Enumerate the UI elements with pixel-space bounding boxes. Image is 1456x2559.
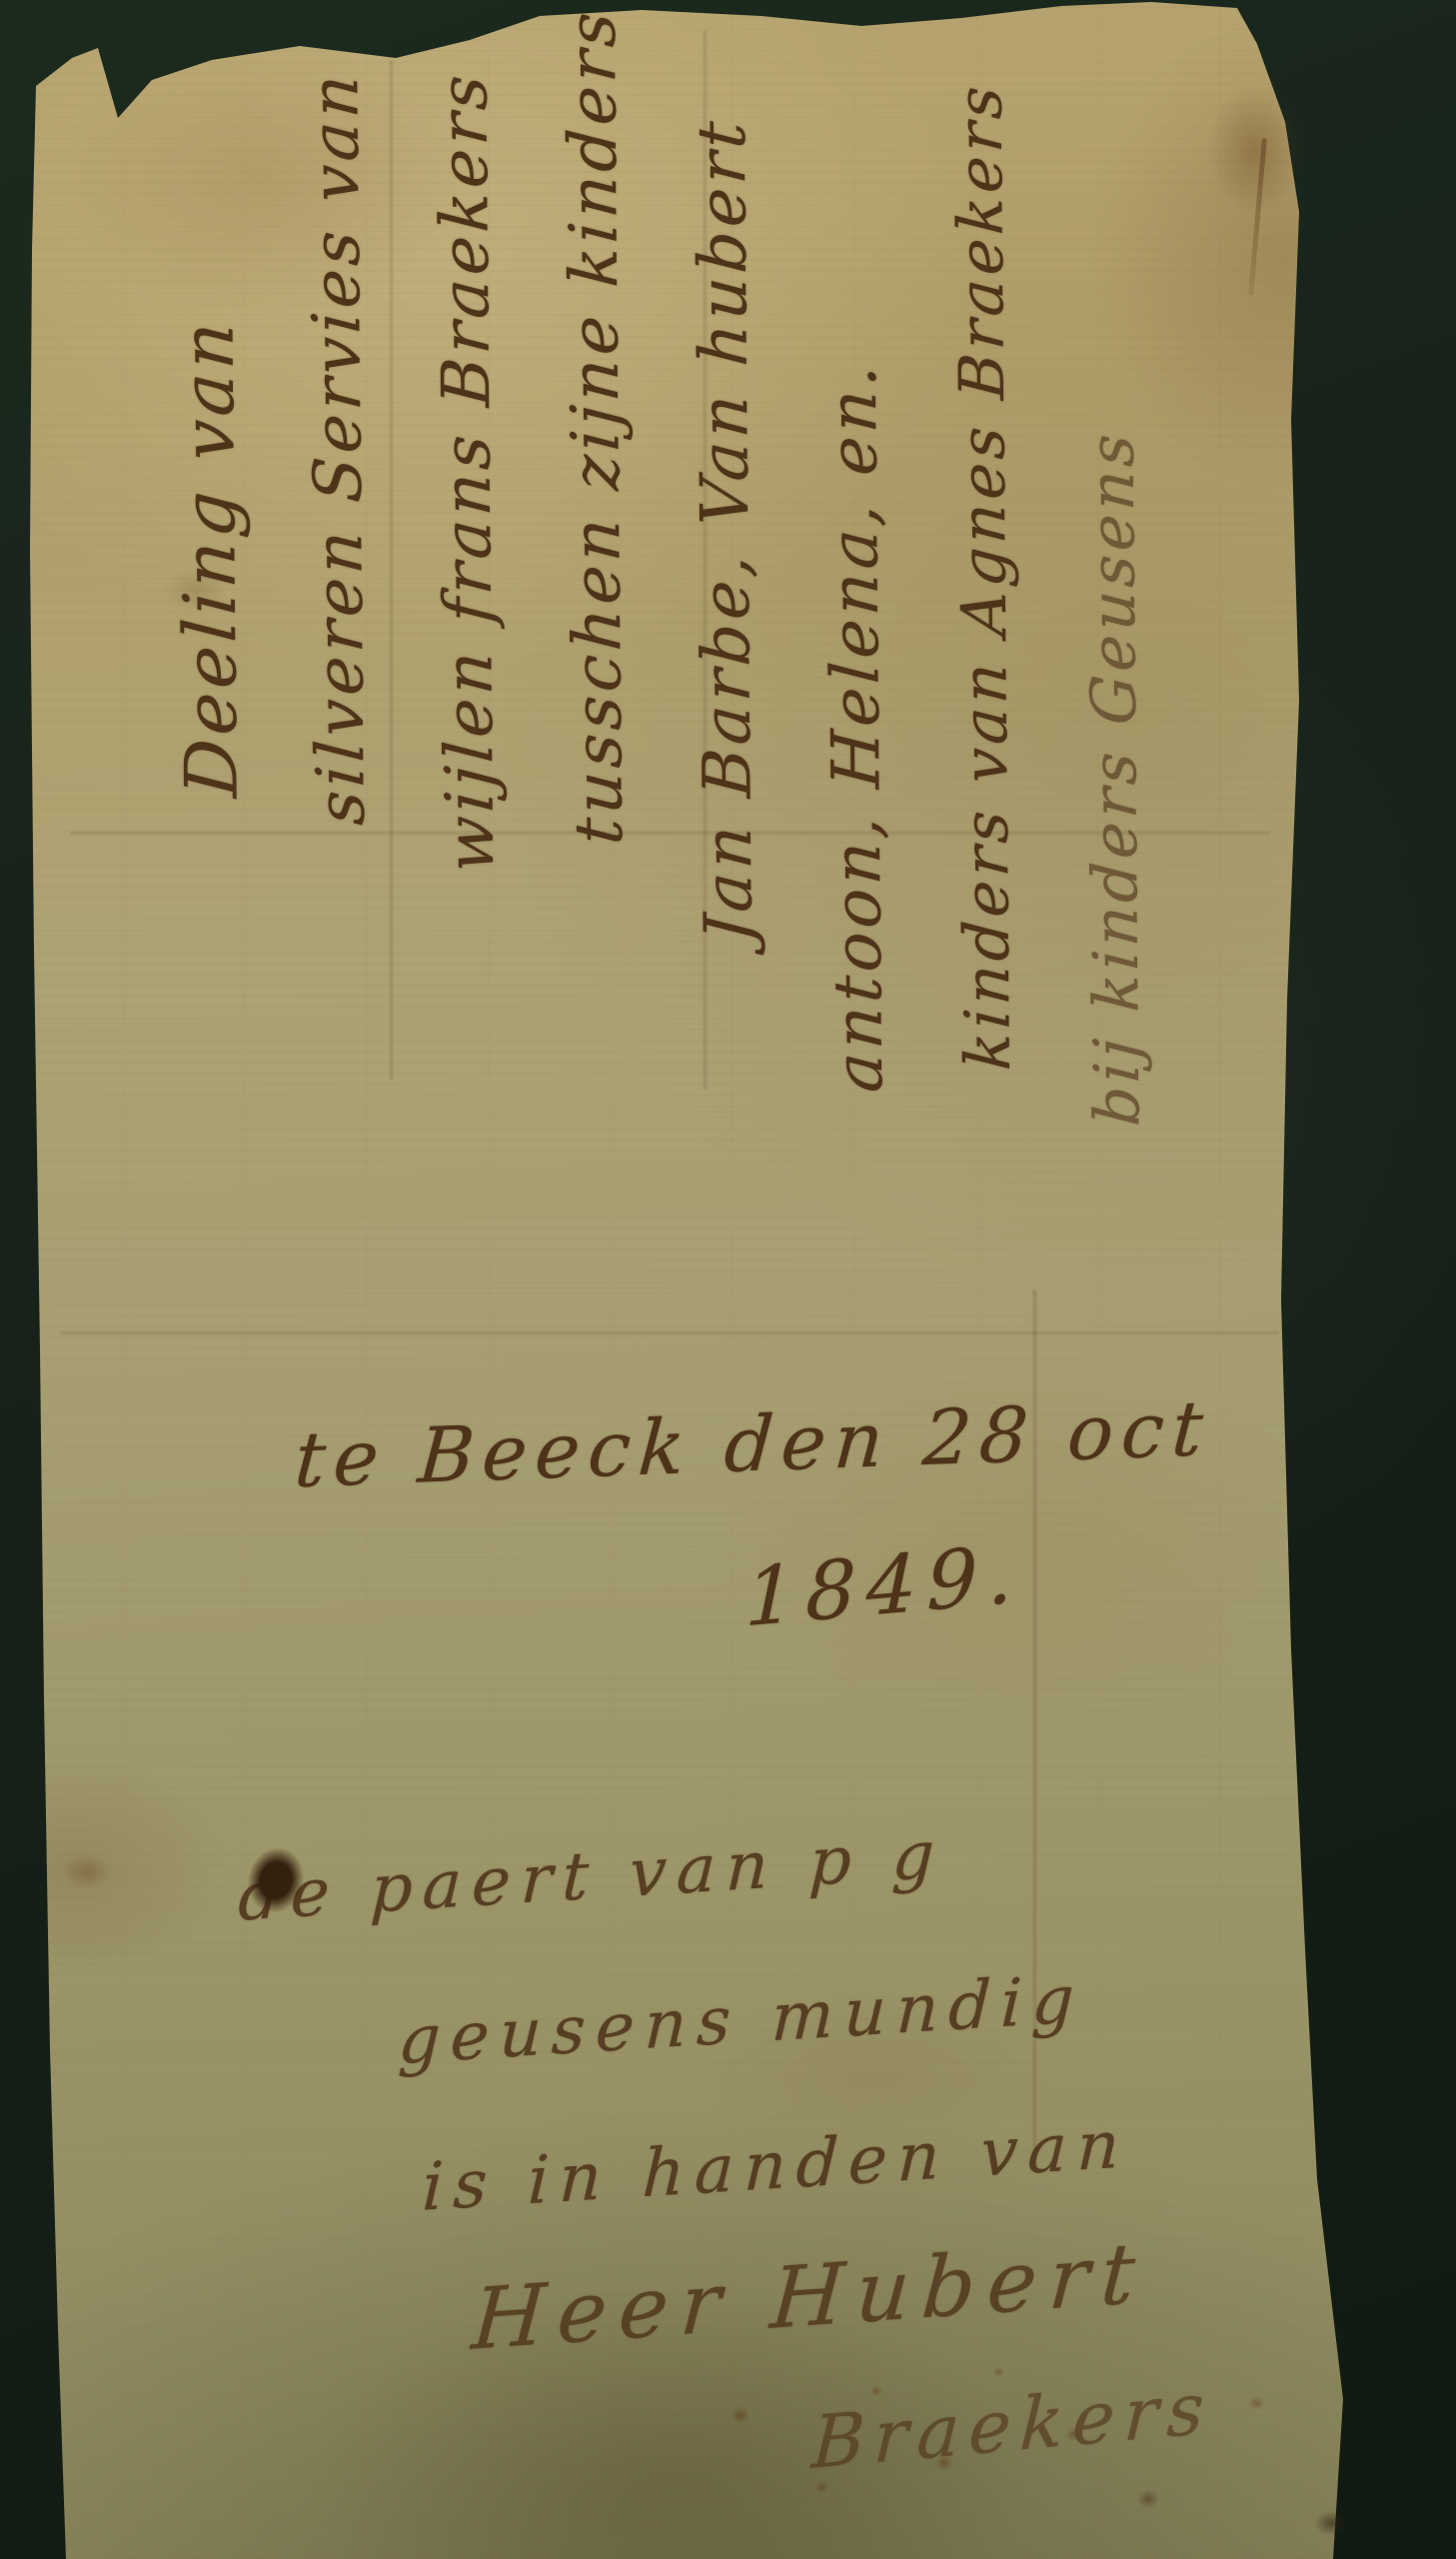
manuscript-line: Jan Barbe, Van hubert (657, 47, 793, 947)
ink-stain (52, 1847, 122, 1897)
manuscript-line: kinders van Agnes Braekers (914, 62, 1052, 1074)
manuscript-line: bij kinders Geusens (1043, 70, 1181, 1130)
foxing-spots (700, 2319, 1379, 2559)
manuscript-line: silveren Servies van (270, 23, 406, 829)
rotated-header-block: Deeling van silveren Servies van wijlen … (150, 15, 1189, 1075)
manuscript-line: antoon, Helena, en. (785, 55, 923, 1097)
manuscript-line: tusschen zijne kinders (528, 39, 664, 849)
fold-crease (60, 1329, 1279, 1336)
edge-stain (1189, 60, 1319, 240)
manuscript-line: Deeling van (141, 15, 277, 801)
manuscript-line: wijlen frans Braekers (399, 31, 535, 877)
photo-backdrop: Deeling van silveren Servies van wijlen … (0, 0, 1456, 2559)
ink-stain (150, 560, 240, 620)
